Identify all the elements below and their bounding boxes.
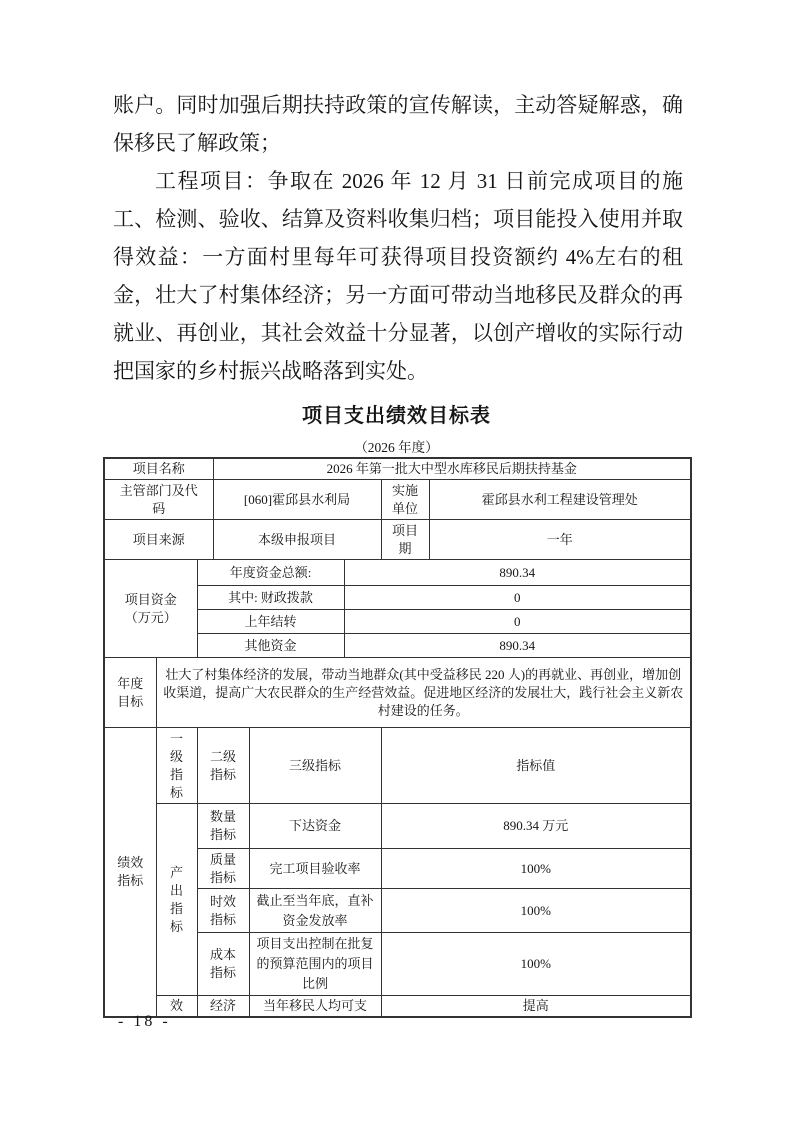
value-cell: 100%	[381, 889, 691, 933]
impl-unit-value-cell: 霍邱县水利工程建设管理处	[429, 480, 691, 520]
dept-label-cell: 主管部门及代 码	[104, 480, 213, 520]
fund-carryover-label-cell: 上年结转	[197, 610, 344, 634]
level2-header-cell: 二级 指标	[197, 728, 249, 804]
table-subtitle: （2026 年度）	[0, 436, 793, 456]
value-cell: 100%	[381, 849, 691, 889]
effect-level2-cell: 经济	[197, 996, 249, 1018]
fund-fiscal-value-cell: 0	[344, 586, 691, 610]
fund-total-value-cell: 890.34	[344, 560, 691, 586]
paragraph-project: 工程项目：争取在 2026 年 12 月 31 日前完成项目的施工、检测、验收、…	[113, 162, 683, 390]
fund-total-label-cell: 年度资金总额:	[197, 560, 344, 586]
level3-cell: 项目支出控制在批复的预算范围内的项目比例	[249, 933, 381, 996]
fund-fiscal-label-cell: 其中: 财政拨款	[197, 586, 344, 610]
level2-cell: 数量 指标	[197, 804, 249, 849]
source-label-cell: 项目来源	[104, 520, 213, 560]
value-cell: 890.34 万元	[381, 804, 691, 849]
row-annual-goal: 年度 目标 壮大了村集体经济的发展，带动当地群众(其中受益移民 220 人)的再…	[104, 658, 691, 728]
level3-cell: 截止至当年底，直补资金发放率	[249, 889, 381, 933]
impl-unit-label-cell: 实施 单位	[381, 480, 429, 520]
level2-cell: 成本 指标	[197, 933, 249, 996]
row-perf-header: 绩效 指标 一 级 指 标 二级 指标 三级指标 指标值	[104, 728, 691, 804]
level2-cell: 时效 指标	[197, 889, 249, 933]
level3-header-cell: 三级指标	[249, 728, 381, 804]
perf-row-effect: 效 经济 当年移民人均可支 提高	[104, 996, 691, 1018]
perf-label-cell: 绩效 指标	[104, 728, 156, 1018]
fund-carryover-value-cell: 0	[344, 610, 691, 634]
annual-goal-text-cell: 壮大了村集体经济的发展，带动当地群众(其中受益移民 220 人)的再就业、再创业…	[156, 658, 691, 728]
project-name-label-cell: 项目名称	[104, 458, 213, 480]
level2-cell: 质量 指标	[197, 849, 249, 889]
paragraph-continued: 账户。同时加强后期扶持政策的宣传解读，主动答疑解惑，确保移民了解政策；	[113, 86, 683, 162]
dept-value-cell: [060]霍邱县水利局	[213, 480, 381, 520]
row-fund-total: 项目资金 （万元） 年度资金总额: 890.34	[104, 560, 691, 586]
page-number: - 18 -	[118, 1013, 171, 1031]
row-department: 主管部门及代 码 [060]霍邱县水利局 实施 单位 霍邱县水利工程建设管理处	[104, 480, 691, 520]
row-source: 项目来源 本级申报项目 项目 期 一年	[104, 520, 691, 560]
level1-header-cell: 一 级 指 标	[156, 728, 197, 804]
fund-other-value-cell: 890.34	[344, 634, 691, 658]
document-page: 账户。同时加强后期扶持政策的宣传解读，主动答疑解惑，确保移民了解政策； 工程项目…	[0, 0, 793, 1122]
period-value-cell: 一年	[429, 520, 691, 560]
effect-level3-cell: 当年移民人均可支	[249, 996, 381, 1018]
perf-row-quantity: 产 出 指 标 数量 指标 下达资金 890.34 万元	[104, 804, 691, 849]
row-project-name: 项目名称 2026 年第一批大中型水库移民后期扶持基金	[104, 458, 691, 480]
output-group-label-cell: 产 出 指 标	[156, 804, 197, 996]
source-value-cell: 本级申报项目	[213, 520, 381, 560]
performance-target-table: 项目名称 2026 年第一批大中型水库移民后期扶持基金 主管部门及代 码 [06…	[103, 457, 692, 1018]
effect-value-cell: 提高	[381, 996, 691, 1018]
value-header-cell: 指标值	[381, 728, 691, 804]
project-name-value-cell: 2026 年第一批大中型水库移民后期扶持基金	[213, 458, 691, 480]
annual-goal-label-cell: 年度 目标	[104, 658, 156, 728]
level3-cell: 完工项目验收率	[249, 849, 381, 889]
fund-other-label-cell: 其他资金	[197, 634, 344, 658]
table-title: 项目支出绩效目标表	[0, 399, 793, 428]
funds-label-cell: 项目资金 （万元）	[104, 560, 197, 658]
body-text-block: 账户。同时加强后期扶持政策的宣传解读，主动答疑解惑，确保移民了解政策； 工程项目…	[113, 86, 683, 390]
period-label-cell: 项目 期	[381, 520, 429, 560]
level3-cell: 下达资金	[249, 804, 381, 849]
value-cell: 100%	[381, 933, 691, 996]
